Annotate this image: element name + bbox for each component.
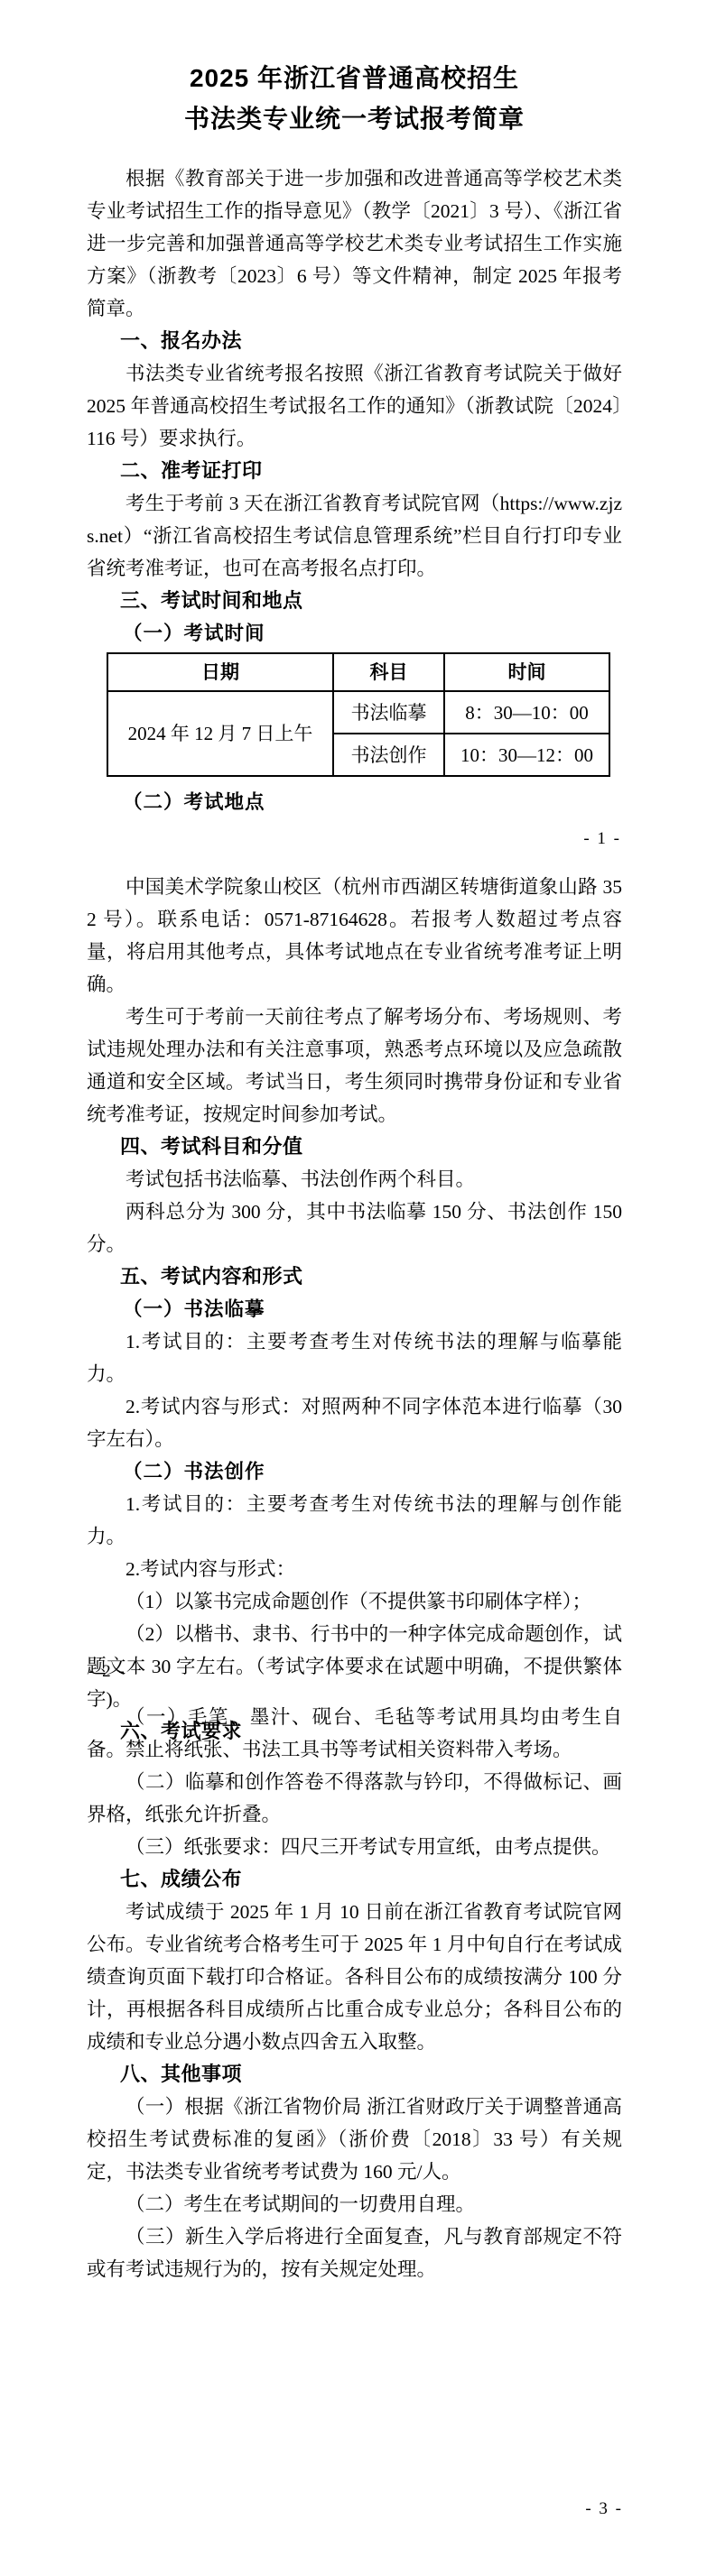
doc-title-line1: 2025 年浙江省普通高校招生 bbox=[87, 58, 622, 98]
cell-exam-date: 2024 年 12 月 7 日上午 bbox=[107, 691, 333, 776]
document-page: 2025 年浙江省普通高校招生 书法类专业统一考试报考简章 根据《教育部关于进一… bbox=[0, 0, 716, 2576]
heading-other: 八、其他事项 bbox=[87, 2058, 622, 2091]
para-other-fee: （一）根据《浙江省物价局 浙江省财政厅关于调整普通高校招生考试费标准的复函》（浙… bbox=[87, 2091, 622, 2188]
para-basis: 根据《教育部关于进一步加强和改进普通高等学校艺术类专业考试招生工作的指导意见》（… bbox=[87, 162, 622, 325]
cell-subject-chuangzuo: 书法创作 bbox=[333, 734, 444, 776]
cell-time-chuangzuo: 10：30—12：00 bbox=[444, 734, 609, 776]
para-other-recheck: （三）新生入学后将进行全面复查，凡与教育部规定不符或有考试违规行为的，按有关规定… bbox=[87, 2221, 622, 2285]
para-chuangzuo-purpose: 1.考试目的：主要考查考生对传统书法的理解与创作能力。 bbox=[87, 1488, 622, 1553]
para-subjects-2: 两科总分为 300 分，其中书法临摹 150 分、书法创作 150 分。 bbox=[87, 1196, 622, 1260]
col-header-date: 日期 bbox=[107, 653, 333, 691]
para-venue: 中国美术学院象山校区（杭州市西湖区转塘街道象山路 352 号）。联系电话：057… bbox=[87, 871, 622, 1001]
page3-content: （一）毛笔、墨汁、砚台、毛毡等考试用具均由考生自备。禁止将纸张、书法工具书等考试… bbox=[87, 1701, 622, 2285]
para-requirement-1: （一）毛笔、墨汁、砚台、毛毡等考试用具均由考生自备。禁止将纸张、书法工具书等考试… bbox=[87, 1701, 622, 1766]
col-header-time: 时间 bbox=[444, 653, 609, 691]
doc-title: 2025 年浙江省普通高校招生 书法类专业统一考试报考简章 bbox=[87, 0, 622, 139]
subheading-exam-place: （二）考试地点 bbox=[87, 786, 622, 818]
subheading-chuangzuo: （二）书法创作 bbox=[87, 1455, 622, 1488]
doc-title-line2: 书法类专业统一考试报考简章 bbox=[87, 98, 622, 139]
page1-content: 2025 年浙江省普通高校招生 书法类专业统一考试报考简章 根据《教育部关于进一… bbox=[87, 0, 622, 818]
exam-schedule-table: 日期 科目 时间 2024 年 12 月 7 日上午 书法临摹 8：30—10：… bbox=[107, 652, 610, 777]
cell-time-linmo: 8：30—10：00 bbox=[444, 691, 609, 734]
heading-content-form: 五、考试内容和形式 bbox=[87, 1260, 622, 1293]
subheading-linmo: （一）书法临摹 bbox=[87, 1293, 622, 1325]
page-number-2: - 2 - bbox=[88, 1663, 126, 1681]
para-linmo-purpose: 1.考试目的：主要考查考生对传统书法的理解与临摹能力。 bbox=[87, 1325, 622, 1390]
para-chuangzuo-item1: （1）以篆书完成命题创作（不提供篆书印刷体字样）； bbox=[87, 1585, 622, 1618]
para-chuangzuo-form: 2.考试内容与形式： bbox=[87, 1553, 622, 1585]
page-number-3: - 3 - bbox=[585, 2500, 623, 2518]
table-header-row: 日期 科目 时间 bbox=[107, 653, 609, 691]
heading-ticket-print: 二、准考证打印 bbox=[87, 455, 622, 487]
para-ticket-print: 考生于考前 3 天在浙江省教育考试院官网（https://www.zjzs.ne… bbox=[87, 487, 622, 585]
heading-registration: 一、报名办法 bbox=[87, 325, 622, 357]
para-requirement-3: （三）纸张要求：四尺三开考试专用宣纸，由考点提供。 bbox=[87, 1831, 622, 1863]
cell-subject-linmo: 书法临摹 bbox=[333, 691, 444, 734]
subheading-exam-time: （一）考试时间 bbox=[87, 617, 622, 650]
para-visit: 考生可于考前一天前往考点了解考场分布、考场规则、考试违规处理办法和有关注意事项，… bbox=[87, 1001, 622, 1131]
page-number-1: - 1 - bbox=[583, 830, 621, 848]
para-results: 考试成绩于 2025 年 1 月 10 日前在浙江省教育考试院官网公布。专业省统… bbox=[87, 1896, 622, 2058]
table-row: 2024 年 12 月 7 日上午 书法临摹 8：30—10：00 bbox=[107, 691, 609, 734]
para-other-expense: （二）考生在考试期间的一切费用自理。 bbox=[87, 2188, 622, 2221]
col-header-subject: 科目 bbox=[333, 653, 444, 691]
para-linmo-form: 2.考试内容与形式：对照两种不同字体范本进行临摹（30 字左右）。 bbox=[87, 1390, 622, 1455]
heading-results: 七、成绩公布 bbox=[87, 1863, 622, 1896]
heading-time-place: 三、考试时间和地点 bbox=[87, 585, 622, 617]
para-registration: 书法类专业省统考报名按照《浙江省教育考试院关于做好 2025 年普通高校招生考试… bbox=[87, 357, 622, 455]
heading-subjects-scores: 四、考试科目和分值 bbox=[87, 1131, 622, 1163]
para-subjects-1: 考试包括书法临摹、书法创作两个科目。 bbox=[87, 1163, 622, 1196]
para-requirement-2: （二）临摹和创作答卷不得落款与钤印，不得做标记、画界格，纸张允许折叠。 bbox=[87, 1766, 622, 1831]
page2-content: 中国美术学院象山校区（杭州市西湖区转塘街道象山路 352 号）。联系电话：057… bbox=[87, 871, 622, 1748]
